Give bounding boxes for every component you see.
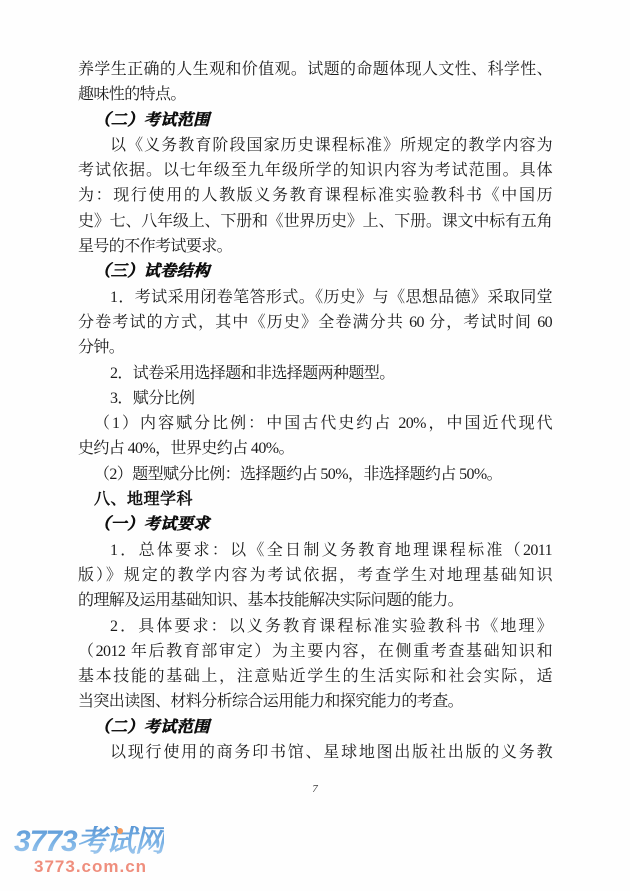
text-line: （2012 年后教育部审定）为主要内容，在侧重考查基础知识和 (78, 639, 552, 664)
text-line: 养学生正确的人生观和价值观。试题的命题体现人文性、科学性、 (78, 57, 552, 82)
site-name-logo-text: 3773考试网 (14, 826, 164, 858)
text-line: 以现行使用的商务印书馆、星球地图出版社出版的义务教 (78, 740, 552, 765)
section-heading: （三）试卷结构 (78, 259, 552, 284)
text-line: 3．赋分比例 (78, 386, 552, 411)
text-line: 史约占 40%，世界史约占 40%。 (78, 436, 552, 461)
section-heading: （二）考试范围 (78, 108, 552, 133)
text-line: 当突出读图、材料分析综合运用能力和探究能力的考查。 (78, 689, 552, 714)
text-line: 2．具体要求：以义务教育课程标准实验教科书《地理》 (78, 614, 552, 639)
chapter-heading: 八、地理学科 (78, 487, 552, 512)
text-line: 基本技能的基础上，注意贴近学生的生活实际和社会实际，适 (78, 664, 552, 689)
site-watermark-logo: 3773考试网 3773.com.cn (14, 826, 164, 876)
section-heading: （一）考试要求 (78, 512, 552, 537)
site-url-text: 3773.com.cn (34, 858, 164, 876)
text-line: 史》七、八年级上、下册和《世界历史》上、下册。课文中标有五角 (78, 209, 552, 234)
text-line: 为：现行使用的人教版义务教育课程标准实验教科书《中国历 (78, 183, 552, 208)
text-line: 2．试卷采用选择题和非选择题两种题型。 (78, 361, 552, 386)
text-line: 分钟。 (78, 335, 552, 360)
text-line: 分卷考试的方式，其中《历史》全卷满分共 60 分，考试时间 60 (78, 310, 552, 335)
text-line: 以《义务教育阶段国家历史课程标准》所规定的教学内容为 (78, 133, 552, 158)
text-line: （1）内容赋分比例：中国古代史约占 20%，中国近代现代 (78, 411, 552, 436)
text-line: 1．考试采用闭卷笔答形式。《历史》与《思想品德》采取同堂 (78, 285, 552, 310)
document-page: 养学生正确的人生观和价值观。试题的命题体现人文性、科学性、趣味性的特点。（二）考… (0, 0, 630, 891)
logo-accent-dot-icon (117, 828, 123, 834)
page-number: 7 (0, 783, 630, 795)
text-line: 星号的不作考试要求。 (78, 234, 552, 259)
text-line: 趣味性的特点。 (78, 82, 552, 107)
section-heading: （二）考试范围 (78, 715, 552, 740)
document-body: 养学生正确的人生观和价值观。试题的命题体现人文性、科学性、趣味性的特点。（二）考… (78, 57, 552, 765)
text-line: （2）题型赋分比例：选择题约占 50%，非选择题约占 50%。 (78, 462, 552, 487)
text-line: 的理解及运用基础知识、基本技能解决实际问题的能力。 (78, 588, 552, 613)
text-line: 版）》规定的教学内容为考试依据，考查学生对地理基础知识 (78, 563, 552, 588)
text-line: 考试依据。以七年级至九年级所学的知识内容为考试范围。具体 (78, 158, 552, 183)
text-line: 1．总体要求：以《全日制义务教育地理课程标准（2011 (78, 538, 552, 563)
